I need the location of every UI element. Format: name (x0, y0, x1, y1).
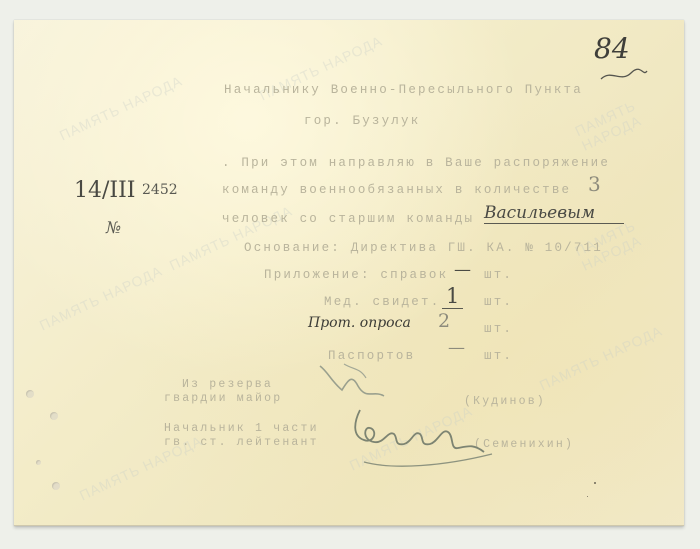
signer-1-role-line-1: Из резерва (182, 378, 273, 391)
body-line-3: человек со старшим команды (222, 212, 474, 226)
body-basis: Основание: Директива ГШ. КА. № 10/711 (244, 241, 603, 255)
body-line-2: команду военнообязанных в количестве (222, 183, 571, 197)
watermark: ПАМЯТЬ НАРОДА (537, 323, 665, 394)
binding-hole (50, 412, 58, 420)
paper-speck (594, 482, 596, 484)
attachment-value: — (454, 260, 471, 280)
watermark: ПАМЯТЬ НАРОДА (572, 78, 685, 153)
watermark: ПАМЯТЬ НАРОДА (37, 263, 165, 334)
attachment-label: Прот. опроса (308, 315, 411, 331)
sheet-number-scribble-icon (599, 65, 649, 85)
attachment-unit: шт. (484, 268, 513, 282)
binding-hole (52, 482, 60, 490)
binding-hole (26, 390, 34, 398)
paper-speck (587, 496, 588, 497)
signer-1-role-line-2: гвардии майор (164, 392, 282, 405)
recruit-count: 3 (588, 172, 601, 196)
senior-name: Васильевым (484, 203, 624, 224)
attachment-value: 2 (438, 310, 450, 332)
margin-number-prefix: № (106, 218, 121, 237)
attachment-label: Мед. свидет. (324, 295, 440, 309)
header-addressee: Начальнику Военно-Пересыльного Пункта (224, 83, 583, 97)
signature-2-icon (334, 400, 504, 480)
document-sheet: ПАМЯТЬ НАРОДА ПАМЯТЬ НАРОДА ПАМЯТЬ НАРОД… (14, 20, 684, 526)
body-line-1: . При этом направляю в Ваше распоряжение (222, 156, 610, 170)
header-city: гор. Бузулук (304, 114, 420, 128)
signer-2-role-line-2: гв. ст. лейтенант (164, 436, 319, 449)
attachment-unit: шт. (484, 295, 513, 309)
attachment-value: — (448, 338, 465, 358)
attachment-label: Приложение: справок (264, 268, 448, 282)
sheet-number: 84 (594, 32, 630, 65)
attachment-unit: шт. (484, 322, 513, 336)
watermark: ПАМЯТЬ НАРОДА (57, 73, 185, 144)
margin-number: 2452 (142, 182, 178, 198)
binding-hole (36, 460, 41, 465)
attachment-unit: шт. (484, 349, 513, 363)
signer-2-role-line-1: Начальник 1 части (164, 422, 319, 435)
margin-date: 14/III (74, 178, 135, 203)
attachment-value: 1 (442, 284, 463, 309)
